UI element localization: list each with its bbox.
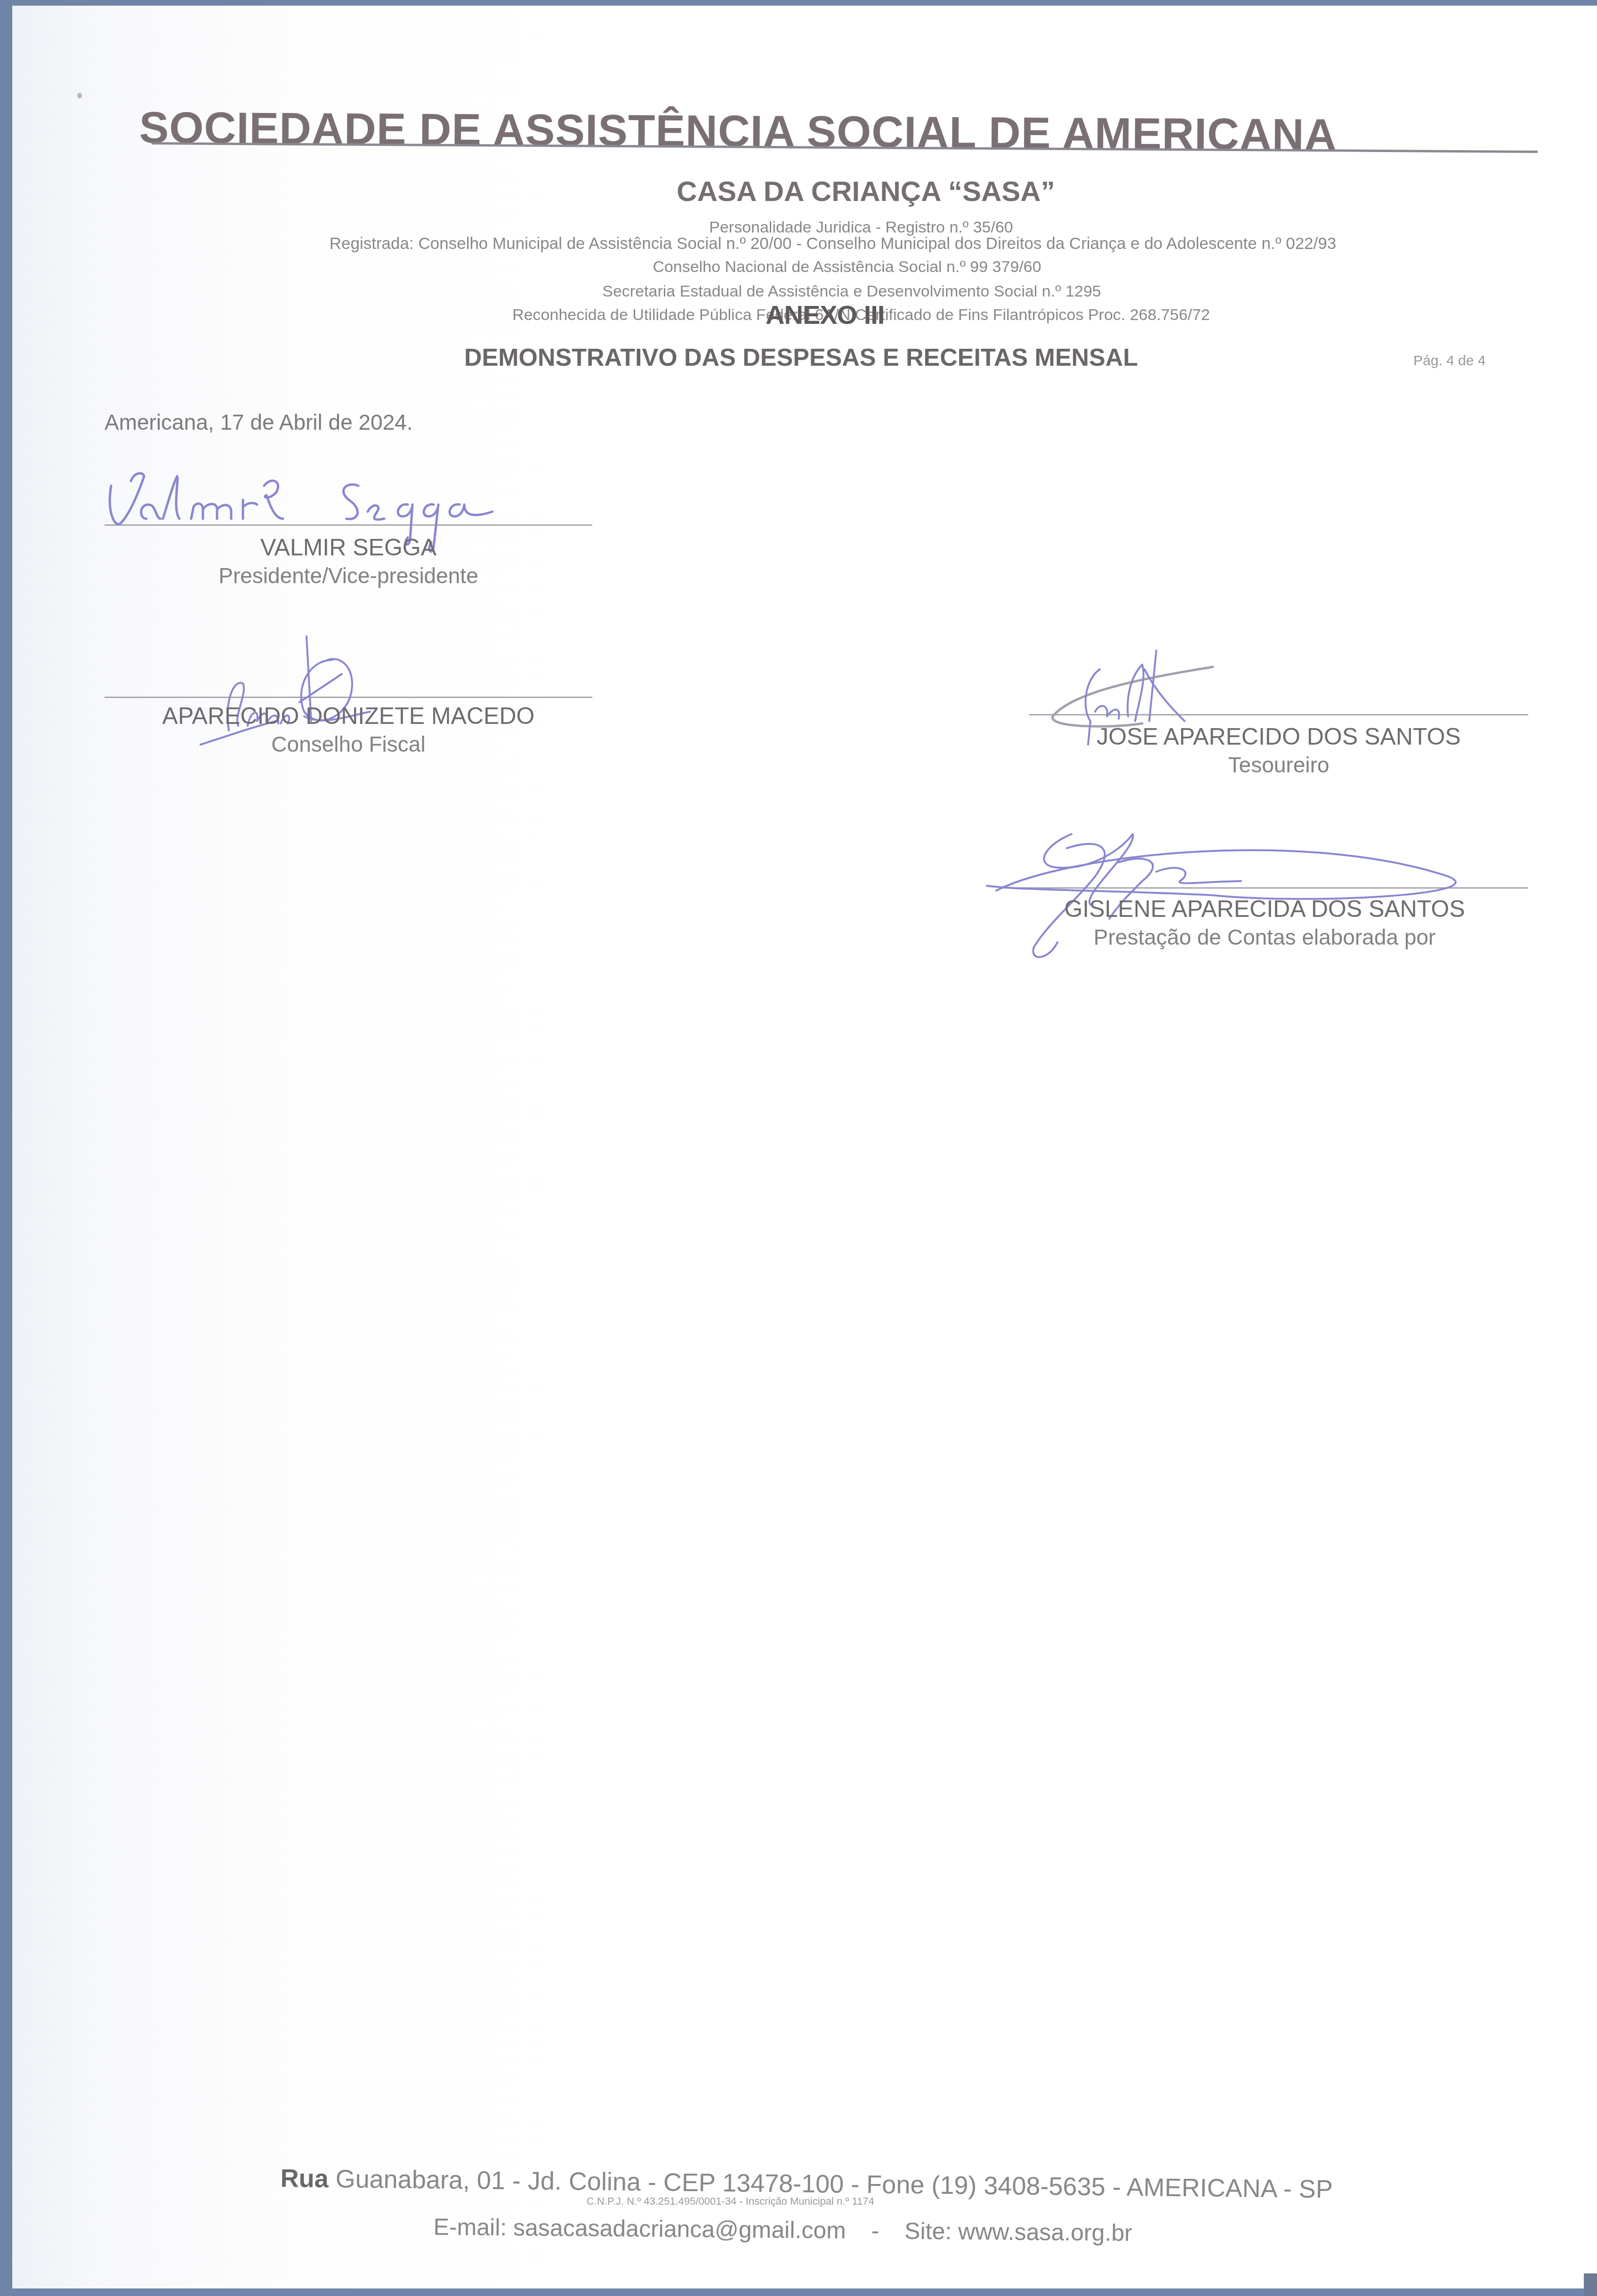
scan-corner-shadow — [1584, 2273, 1597, 2296]
document-title: DEMONSTRATIVO DAS DESPESAS E RECEITAS ME… — [464, 344, 1138, 372]
footer-cnpj: C.N.P.J. N.º 43.251.495/0001-34 - Inscri… — [587, 2195, 874, 2208]
registration-line: Secretaria Estadual de Assistência e Des… — [59, 282, 1597, 301]
footer-contact: E-mail: sasacasadacrianca@gmail.com - Si… — [433, 2213, 1132, 2247]
organization-name: SOCIEDADE DE ASSISTÊNCIA SOCIAL DE AMERI… — [139, 102, 1542, 161]
signatory-role: Prestação de Contas elaborada por — [1001, 924, 1528, 950]
signatory-role: Conselho Fiscal — [105, 731, 592, 757]
signatory-aparecido-donizete-macedo: APARECIDO DONIZETE MACEDO Conselho Fisca… — [105, 702, 592, 757]
address-prefix: Rua — [280, 2164, 329, 2193]
footer-separator: - — [871, 2217, 879, 2244]
signatory-jose-aparecido-dos-santos: JOSE APARECIDO DOS SANTOS Tesoureiro — [1029, 723, 1528, 778]
signatory-role: Presidente/Vice-presidente — [105, 563, 592, 588]
footer-site[interactable]: Site: www.sasa.org.br — [904, 2218, 1132, 2246]
page-number: Pág. 4 de 4 — [1413, 353, 1485, 369]
signature-line — [1029, 714, 1528, 715]
organization-subtitle: CASA DA CRIANÇA “SASA” — [73, 175, 1597, 208]
registration-line: Registrada: Conselho Municipal de Assist… — [40, 234, 1597, 253]
signature-line — [105, 524, 592, 526]
footer-email[interactable]: E-mail: sasacasadacrianca@gmail.com — [434, 2214, 847, 2244]
signatory-role: Tesoureiro — [1029, 752, 1528, 778]
signature-line — [105, 697, 592, 698]
date-line: Americana, 17 de Abril de 2024. — [105, 409, 413, 435]
scan-speck — [77, 93, 82, 98]
signatory-name: VALMIR SEGGA — [105, 534, 592, 561]
annex-label: ANEXO III — [766, 299, 884, 330]
signature-line — [1001, 887, 1528, 889]
signatory-gislene-aparecida-dos-santos: GISLENE APARECIDA DOS SANTOS Prestação d… — [1001, 895, 1528, 950]
signatory-name: JOSE APARECIDO DOS SANTOS — [1029, 723, 1528, 750]
signatory-name: GISLENE APARECIDA DOS SANTOS — [1001, 895, 1528, 923]
signatory-name: APARECIDO DONIZETE MACEDO — [105, 702, 592, 730]
document-page: SOCIEDADE DE ASSISTÊNCIA SOCIAL DE AMERI… — [12, 6, 1597, 2288]
registration-line: Conselho Nacional de Assistência Social … — [55, 258, 1597, 276]
signatory-valmir-segga: VALMIR SEGGA Presidente/Vice-presidente — [105, 534, 592, 588]
